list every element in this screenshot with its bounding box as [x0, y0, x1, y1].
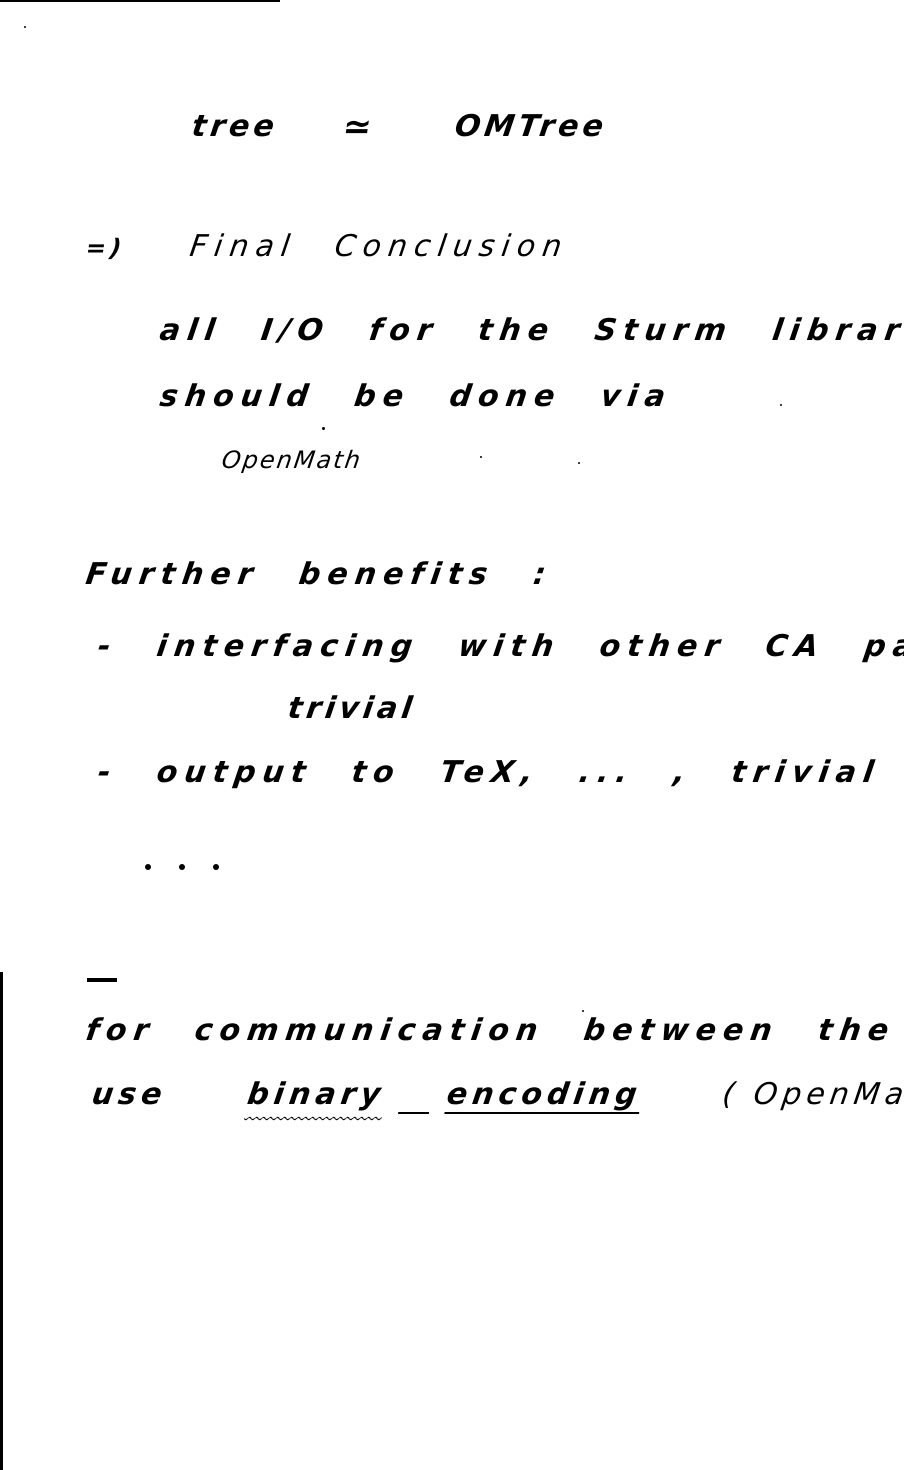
conclusion-arrow: =) — [84, 236, 126, 260]
equivalence-left: tree — [190, 112, 280, 142]
benefit-1-line-2: trivial — [286, 694, 418, 724]
underlined-binary: binary — [245, 1077, 388, 1112]
separator-dash — [87, 978, 117, 982]
ellipsis-dot — [145, 864, 151, 870]
statement-line-3: OpenMath — [220, 448, 364, 472]
scan-speck — [322, 427, 325, 430]
scan-edge-top — [0, 0, 280, 2]
statement-line-1: all I/O for the Sturm library — [158, 316, 904, 346]
equivalence-symbol: ≃ — [341, 110, 378, 144]
communication-line-1: for communication between the agen — [84, 1016, 904, 1046]
ellipsis-dots — [145, 864, 219, 870]
benefit-2: - output to TeX, ... , trivial — [96, 758, 883, 788]
scan-speck — [480, 456, 482, 458]
benefits-heading: Further benefits : — [84, 560, 555, 590]
handwritten-page: tree ≃ OMTree =) Final Conclusion all I/… — [0, 0, 904, 1470]
statement-line-2: should be done via — [158, 382, 674, 412]
scan-speck — [582, 1010, 584, 1012]
ellipsis-dot — [179, 864, 185, 870]
communication-suffix: ( OpenMath ?? — [720, 1077, 904, 1112]
equivalence-right: OMTree — [453, 112, 609, 142]
scan-edge-left — [0, 972, 3, 1470]
communication-prefix: use — [90, 1077, 169, 1112]
benefit-1-line-1: - interfacing with other CA packages — [96, 632, 904, 662]
scan-speck — [24, 26, 26, 28]
underlined-spacer — [398, 1077, 434, 1112]
ellipsis-dot — [213, 864, 219, 870]
scan-speck — [578, 462, 580, 464]
scan-speck — [780, 404, 782, 406]
conclusion-heading: Final Conclusion — [188, 232, 571, 262]
underlined-encoding: encoding — [445, 1077, 645, 1112]
communication-line-2: use binary encoding ( OpenMath ?? — [90, 1080, 904, 1110]
